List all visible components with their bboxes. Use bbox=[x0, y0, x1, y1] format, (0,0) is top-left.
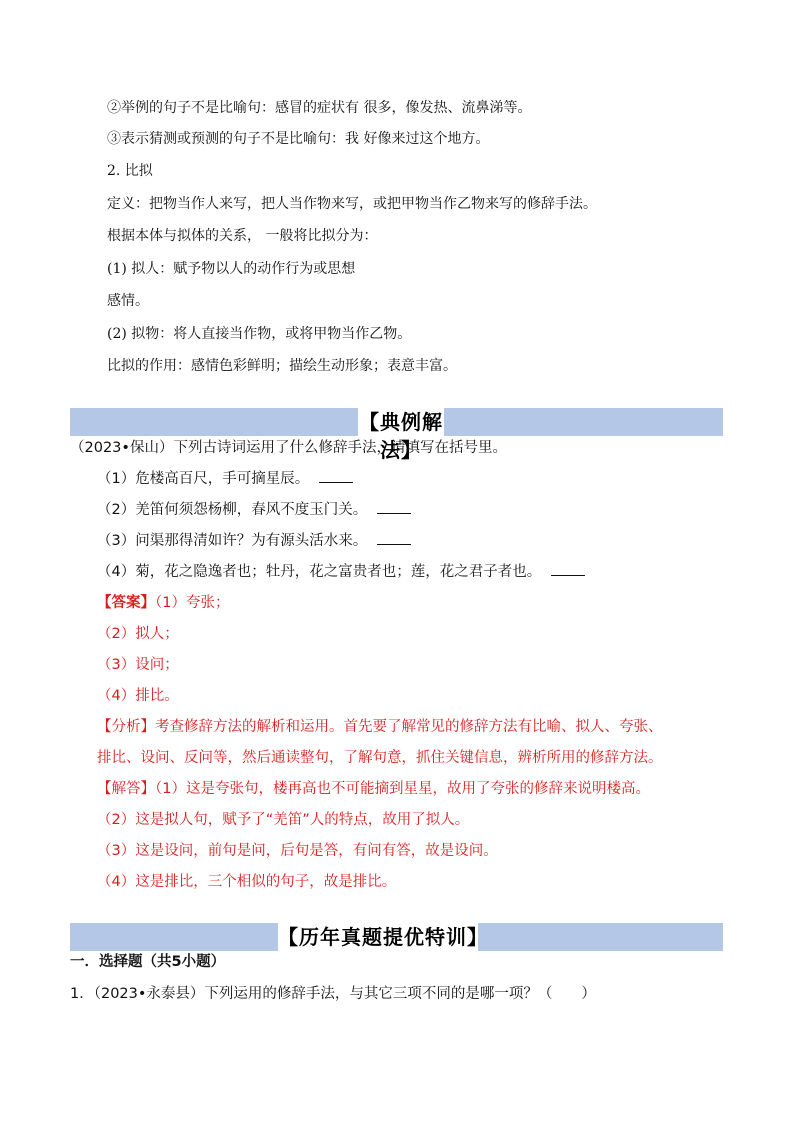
question-stem: （2023•保山）下列古诗词运用了什么修辞手法，请填写在括号里。 bbox=[70, 439, 507, 457]
solution-tag: 【解答】 bbox=[97, 781, 155, 797]
section-banner-examples: 【典例解法】 bbox=[70, 408, 723, 436]
analysis-line-1: 【分析】考查修辞方法的解析和运用。首先要了解常见的修辞方法有比喻、拟人、夸张、 bbox=[97, 718, 663, 736]
answer-tag: 【答案】 bbox=[97, 595, 155, 611]
answer-line-4: （4）排比。 bbox=[97, 687, 179, 705]
section-banner-past-exams: 【历年真题提优特训】 bbox=[70, 923, 723, 951]
personification-line: (1) 拟人：赋予物以人的动作行为或思想 bbox=[107, 260, 355, 278]
classification-line: 根据本体与拟体的关系， 一般将比拟分为： bbox=[107, 227, 377, 245]
question-1: 1．（2023•永泰县）下列运用的修辞手法，与其它三项不同的是哪一项？（ ） bbox=[70, 985, 596, 1003]
solution-line-2: （2）这是拟人句，赋予了“羌笛”人的特点，故用了拟人。 bbox=[97, 811, 469, 829]
solution-text: （1）这是夸张句，楼再高也不可能摘到星星，故用了夸张的修辞来说明楼高。 bbox=[155, 781, 650, 797]
answer-blank bbox=[377, 501, 411, 514]
answer-blank bbox=[551, 563, 585, 576]
section-heading-choice: 一．选择题（共5小题） bbox=[70, 953, 225, 971]
banner-title-examples: 【典例解法】 bbox=[358, 408, 444, 436]
solution-line-1: 【解答】（1）这是夸张句，楼再高也不可能摘到星星，故用了夸张的修辞来说明楼高。 bbox=[97, 780, 650, 798]
question-item-4: （4）菊，花之隐逸者也；牡丹，花之富贵者也；莲，花之君子者也。 bbox=[97, 563, 585, 581]
answer-blank bbox=[319, 470, 353, 483]
personification-line-cont: 感情。 bbox=[107, 292, 149, 310]
analysis-line-2: 排比、设问、反问等，然后通读整句，了解句意，抓住关键信息，辨析所用的修辞方法。 bbox=[97, 749, 663, 767]
definition-line: 定义：把物当作人来写，把人当作物来写，或把甲物当作乙物来写的修辞手法。 bbox=[107, 195, 597, 213]
intro-line-2: ③表示猜测或预测的句子不是比喻句：我 好像来过这个地方。 bbox=[107, 130, 489, 148]
analysis-text: 考查修辞方法的解析和运用。首先要了解常见的修辞方法有比喻、拟人、夸张、 bbox=[155, 719, 663, 735]
analysis-tag: 【分析】 bbox=[97, 719, 155, 735]
question-item-text: （3）问渠那得清如许？为有源头活水来。 bbox=[97, 533, 367, 549]
question-item-3: （3）问渠那得清如许？为有源头活水来。 bbox=[97, 532, 411, 550]
answer-line-1: 【答案】（1）夸张； bbox=[97, 594, 229, 612]
section-heading-bini: 2. 比拟 bbox=[107, 162, 153, 180]
answer-line-3: （3）设问； bbox=[97, 656, 179, 674]
intro-line-1: ②举例的句子不是比喻句：感冒的症状有 很多，像发热、流鼻涕等。 bbox=[107, 99, 531, 117]
solution-line-3: （3）这是设问，前句是问，后句是答，有问有答，故是设问。 bbox=[97, 842, 498, 860]
question-item-1: （1）危楼高百尺，手可摘星辰。 bbox=[97, 470, 353, 488]
bini-function-line: 比拟的作用：感情色彩鲜明；描绘生动形象；表意丰富。 bbox=[107, 357, 457, 375]
banner-title-past-exams: 【历年真题提优特训】 bbox=[278, 923, 478, 951]
objectification-line: (2) 拟物：将人直接当作物，或将甲物当作乙物。 bbox=[107, 325, 411, 343]
answer-line-2: （2）拟人； bbox=[97, 625, 179, 643]
answer-text: （1）夸张； bbox=[155, 595, 229, 611]
question-item-text: （1）危楼高百尺，手可摘星辰。 bbox=[97, 471, 309, 487]
answer-blank bbox=[377, 532, 411, 545]
question-item-text: （2）羌笛何须怨杨柳，春风不度玉门关。 bbox=[97, 502, 367, 518]
solution-line-4: （4）这是排比，三个相似的句子，故是排比。 bbox=[97, 873, 396, 891]
question-item-text: （4）菊，花之隐逸者也；牡丹，花之富贵者也；莲，花之君子者也。 bbox=[97, 564, 541, 580]
question-item-2: （2）羌笛何须怨杨柳，春风不度玉门关。 bbox=[97, 501, 411, 519]
